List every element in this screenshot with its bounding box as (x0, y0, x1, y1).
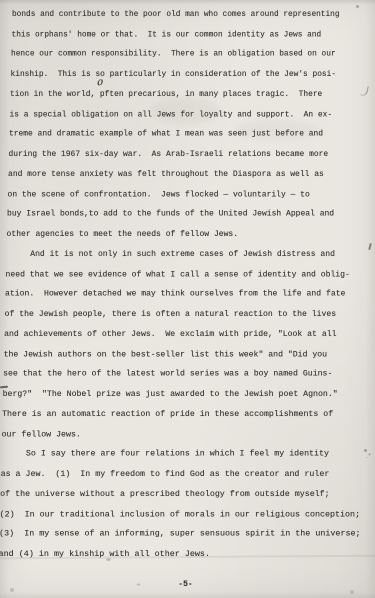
text-line: and more tense anxiety was felt througho… (8, 165, 372, 185)
text-line: There is an automatic reaction of pride … (2, 405, 375, 425)
text-line: of the universe without a prescribed the… (0, 485, 375, 505)
typewritten-text-block: bonds and contribute to the poor old man… (12, 5, 368, 565)
page-number: -5- (0, 580, 371, 589)
text-line: and achievements of other Jews. We excla… (4, 325, 375, 345)
text-line: need that we see evidence of what I call… (6, 265, 375, 285)
text-line: (2) In our traditional inclusion of mora… (0, 505, 375, 525)
text-line: tion in the world, pften precarious, in … (10, 85, 370, 105)
text-line: kinship. This is so particularly in cons… (11, 65, 370, 85)
text-line: this orphans' home or that. It is our co… (12, 25, 369, 45)
text-line: treme and dramatic example of what I mea… (9, 125, 371, 145)
text-line: And it is not only in such extreme cases… (6, 245, 374, 265)
text-line: (3) In my sense of an informing, super s… (0, 525, 375, 545)
text-line: our fellow Jews. (2, 425, 375, 445)
text-line: ation. However detached we may think our… (5, 285, 375, 305)
text-line: other agencies to meet the needs of fell… (7, 225, 374, 245)
text-line: bonds and contribute to the poor old man… (12, 5, 368, 25)
text-line: during the 1967 six-day war. As Arab-Isr… (9, 145, 372, 165)
text-line: and (4) in my kinship with all other Jew… (0, 545, 375, 565)
text-line: hence our common responsibility. There i… (11, 45, 369, 65)
text-line: see that the hero of the latest world se… (3, 365, 375, 385)
text-line: on the scene of confrontation. Jews floc… (8, 185, 373, 205)
text-line: is a special obligation on all Jews for … (10, 105, 371, 125)
text-line: So I say there are four relations in whi… (1, 445, 375, 465)
text-line: berg?" "The Nobel prize was just awarded… (3, 385, 375, 405)
text-line: of the Jewish people, there is often a n… (5, 305, 375, 325)
scanned-document-page: bonds and contribute to the poor old man… (0, 0, 375, 598)
handwritten-correction-o: o (97, 77, 104, 88)
text-line: buy Israel bonds,to add to the funds of … (7, 205, 373, 225)
text-line: the Jewish authors on the best-seller li… (4, 345, 375, 365)
text-line: as a Jew. (1) In my freedom to find God … (1, 465, 375, 485)
